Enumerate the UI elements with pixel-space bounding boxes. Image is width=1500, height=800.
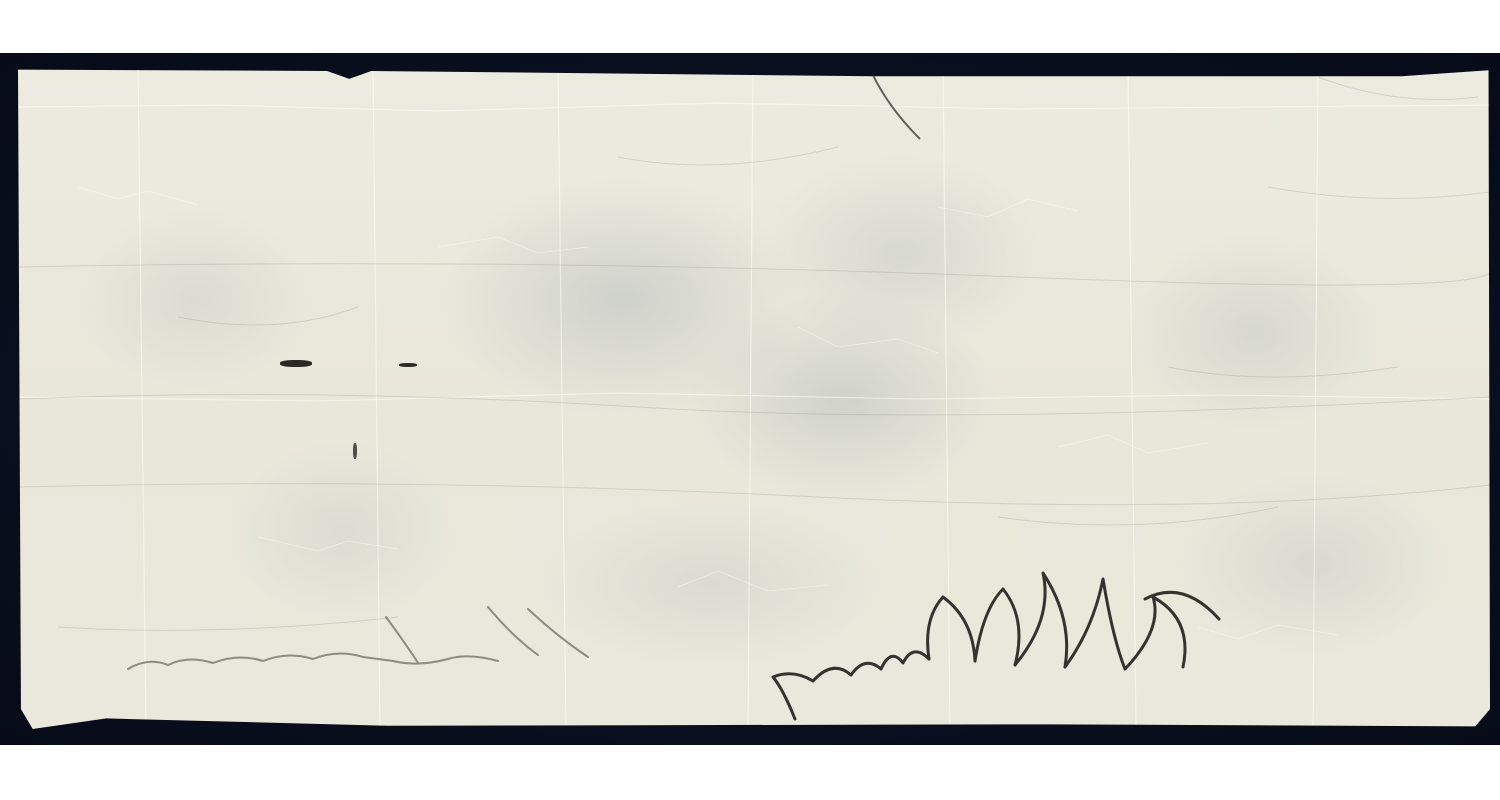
- left-signature: [118, 597, 598, 687]
- ink-spot: [280, 360, 312, 367]
- banknote-reverse: ©Antika: [18, 67, 1490, 729]
- right-signature: [753, 559, 1233, 739]
- ink-spot: [353, 443, 357, 459]
- ink-spot: [399, 363, 417, 367]
- copyright-watermark: ©Antika: [1382, 749, 1457, 774]
